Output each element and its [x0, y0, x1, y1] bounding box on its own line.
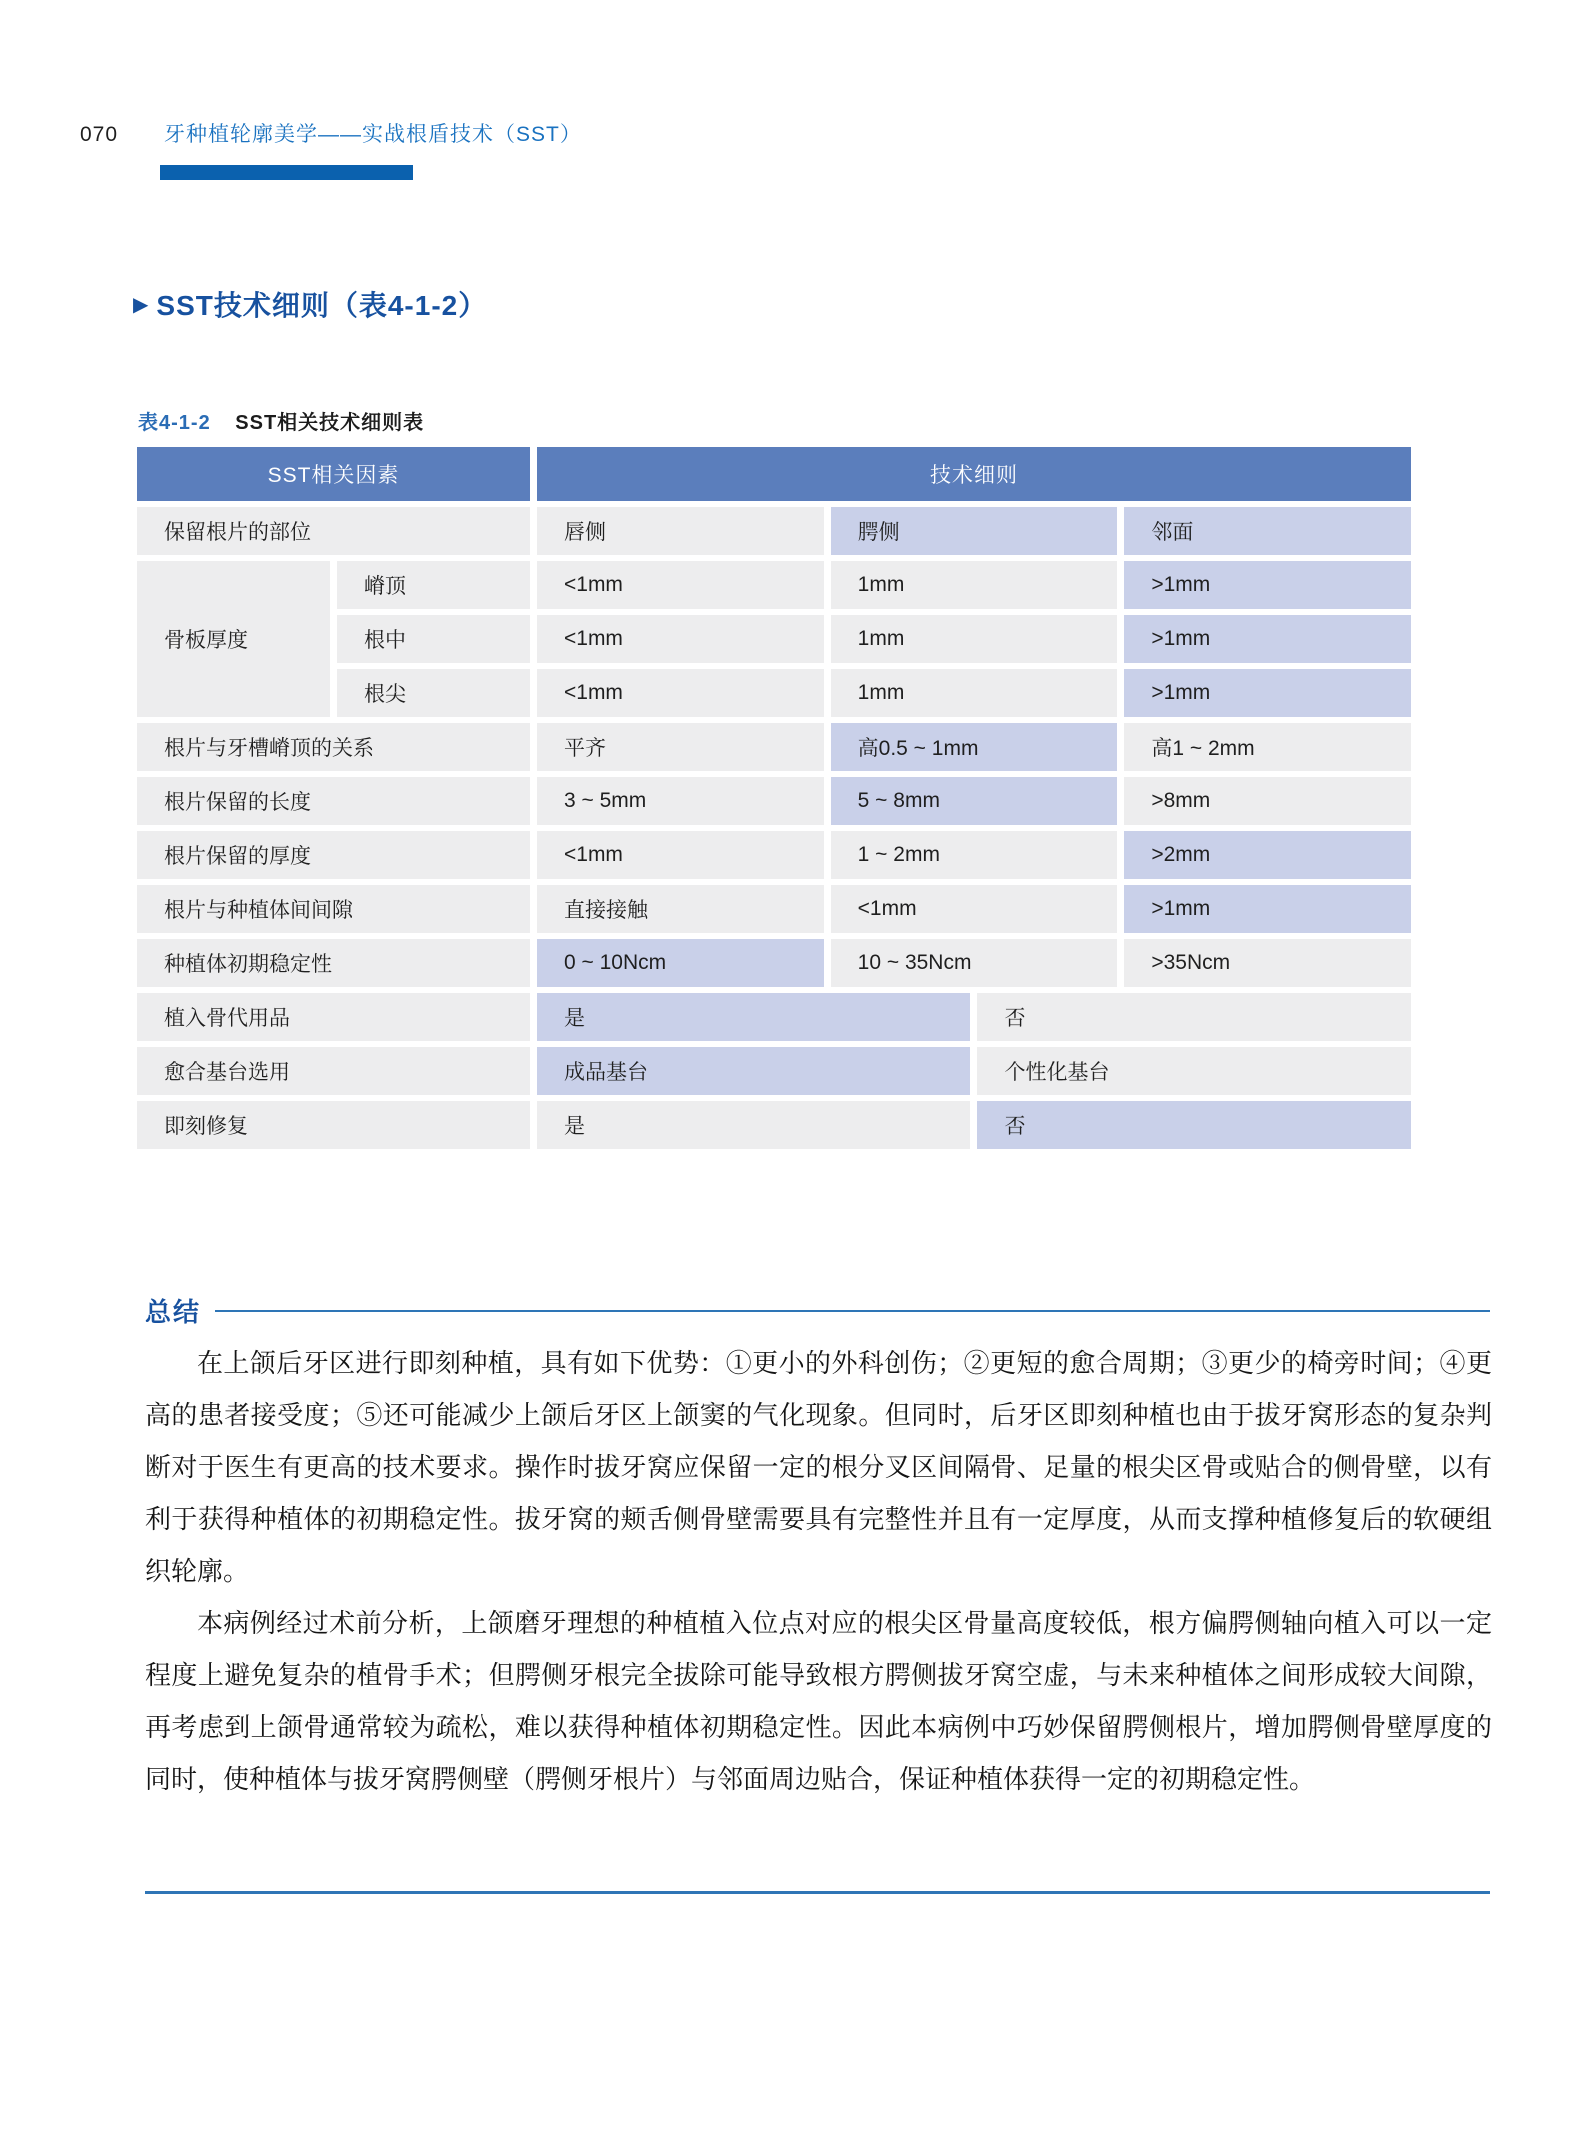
row-label: 愈合基台选用 [137, 1047, 530, 1095]
row-sublabel: 嵴顶 [337, 561, 530, 609]
row-label: 根片保留的厚度 [137, 831, 530, 879]
table-cell: <1mm [831, 885, 1118, 933]
table-cell: 否 [977, 993, 1411, 1041]
table-cell: 1 ~ 2mm [831, 831, 1118, 879]
table-cell: >1mm [1124, 669, 1411, 717]
table-caption: 表4-1-2 SST相关技术细则表 [138, 406, 424, 435]
table-cell: 唇侧 [537, 507, 824, 555]
row-label: 即刻修复 [137, 1101, 530, 1149]
table-cell: 1mm [831, 615, 1118, 663]
table-cell: 是 [537, 993, 970, 1041]
row-label: 植入骨代用品 [137, 993, 530, 1041]
running-head: 070 牙种植轮廓美学——实战根盾技术（SST） [80, 118, 582, 148]
table-header-factor: SST相关因素 [137, 447, 530, 501]
summary-rule [215, 1310, 1490, 1312]
table-caption-label: 表4-1-2 [138, 412, 211, 434]
summary-heading-row: 总结 [145, 1292, 1490, 1329]
triangle-marker-icon: ▶ [133, 292, 149, 317]
table-cell: 1mm [831, 561, 1118, 609]
table-cell: >35Ncm [1124, 939, 1411, 987]
table-cell: 10 ~ 35Ncm [831, 939, 1118, 987]
table-cell: 个性化基台 [977, 1047, 1411, 1095]
summary-paragraph-2: 本病例经过术前分析，上颌磨牙理想的种植植入位点对应的根尖区骨量高度较低，根方偏腭… [145, 1598, 1492, 1806]
table-cell: >8mm [1124, 777, 1411, 825]
table-cell: 成品基台 [537, 1047, 970, 1095]
sst-detail-table: SST相关因素 技术细则 保留根片的部位 唇侧 腭侧 邻面 骨板厚度 嵴顶 <1… [137, 447, 1411, 1149]
table-cell: 3 ~ 5mm [537, 777, 824, 825]
table-header-detail: 技术细则 [537, 447, 1411, 501]
table-cell: >1mm [1124, 885, 1411, 933]
table-cell: 5 ~ 8mm [831, 777, 1118, 825]
summary-heading: 总结 [145, 1292, 201, 1329]
table-cell: 否 [977, 1101, 1411, 1149]
table-cell: 1mm [831, 669, 1118, 717]
table-cell: <1mm [537, 615, 824, 663]
table-cell: >2mm [1124, 831, 1411, 879]
summary-body: 在上颌后牙区进行即刻种植，具有如下优势：①更小的外科创伤；②更短的愈合周期；③更… [145, 1338, 1492, 1806]
table-cell: <1mm [537, 831, 824, 879]
table-cell: 腭侧 [831, 507, 1118, 555]
table-cell: >1mm [1124, 561, 1411, 609]
table-cell: 平齐 [537, 723, 824, 771]
page-number: 070 [80, 123, 118, 147]
table-cell: 高0.5 ~ 1mm [831, 723, 1118, 771]
table-cell: 0 ~ 10Ncm [537, 939, 824, 987]
table-cell: 高1 ~ 2mm [1124, 723, 1411, 771]
table-cell: >1mm [1124, 615, 1411, 663]
row-label: 根片与种植体间间隙 [137, 885, 530, 933]
book-title: 牙种植轮廓美学——实战根盾技术（SST） [164, 118, 582, 148]
row-label: 根片与牙槽嵴顶的关系 [137, 723, 530, 771]
table-cell: 是 [537, 1101, 970, 1149]
page-bottom-rule [145, 1891, 1490, 1894]
row-group-label: 骨板厚度 [137, 561, 330, 717]
table-cell: <1mm [537, 561, 824, 609]
section-title-text: SST技术细则（表4-1-2） [156, 284, 487, 324]
section-title: ▶ SST技术细则（表4-1-2） [133, 284, 487, 324]
table-cell: 直接接触 [537, 885, 824, 933]
book-page: 070 牙种植轮廓美学——实战根盾技术（SST） ▶ SST技术细则（表4-1-… [0, 0, 1587, 2154]
row-label: 种植体初期稳定性 [137, 939, 530, 987]
row-sublabel: 根尖 [337, 669, 530, 717]
table-caption-title: SST相关技术细则表 [235, 412, 424, 434]
table-cell: 邻面 [1124, 507, 1411, 555]
row-label: 根片保留的长度 [137, 777, 530, 825]
table-cell: <1mm [537, 669, 824, 717]
summary-paragraph-1: 在上颌后牙区进行即刻种植，具有如下优势：①更小的外科创伤；②更短的愈合周期；③更… [145, 1338, 1492, 1598]
row-sublabel: 根中 [337, 615, 530, 663]
header-accent-bar [160, 165, 413, 180]
row-label: 保留根片的部位 [137, 507, 530, 555]
